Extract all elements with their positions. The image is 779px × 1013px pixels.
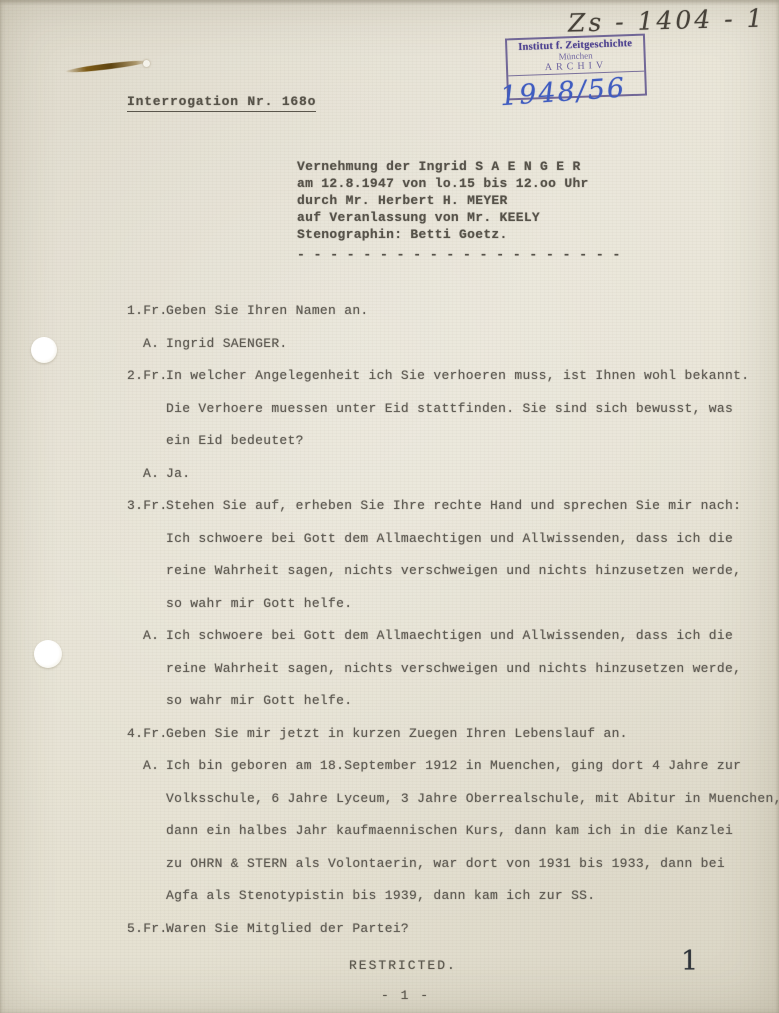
punch-hole-bottom <box>34 640 62 668</box>
qa-label: 1.Fr. <box>127 295 166 328</box>
qa-text: In welcher Angelegenheit ich Sie verhoer… <box>166 360 749 458</box>
classification-marking: RESTRICTED. <box>349 958 457 973</box>
qa-text: Geben Sie mir jetzt in kurzen Zuegen Ihr… <box>166 718 628 751</box>
qa-label: 3.Fr. <box>127 490 166 620</box>
header-separator: - - - - - - - - - - - - - - - - - - - - <box>297 246 621 263</box>
answer-1: A. Ingrid SAENGER. <box>127 328 777 361</box>
qa-text: Ich bin geboren am 18.September 1912 in … <box>166 750 779 913</box>
typed-page-number: - 1 - <box>381 988 430 1003</box>
header-stenographer-line: Stenographin: Betti Goetz. <box>297 226 621 243</box>
question-4: 4.Fr. Geben Sie mir jetzt in kurzen Zueg… <box>127 718 777 751</box>
header-interrogator-line: durch Mr. Herbert H. MEYER <box>297 192 621 209</box>
document-title: Interrogation Nr. 168o <box>127 94 316 112</box>
interrogation-header: Vernehmung der Ingrid S A E N G E R am 1… <box>297 158 621 263</box>
qa-label: 4.Fr. <box>127 718 166 751</box>
header-subject-line: Vernehmung der Ingrid S A E N G E R <box>297 158 621 175</box>
qa-text: Geben Sie Ihren Namen an. <box>166 295 369 328</box>
qa-label: 5.Fr. <box>127 913 166 946</box>
qa-label: 2.Fr. <box>127 360 166 458</box>
answer-4: A. Ich bin geboren am 18.September 1912 … <box>127 750 777 913</box>
qa-label: A. <box>127 750 166 913</box>
question-5: 5.Fr. Waren Sie Mitglied der Partei? <box>127 913 777 946</box>
rust-stain <box>66 59 148 75</box>
paper-speck <box>143 60 150 67</box>
qa-label: A. <box>127 620 166 718</box>
qa-label: A. <box>127 328 166 361</box>
stamped-page-number: 1 <box>681 946 698 977</box>
question-1: 1.Fr. Geben Sie Ihren Namen an. <box>127 295 777 328</box>
question-2: 2.Fr. In welcher Angelegenheit ich Sie v… <box>127 360 777 458</box>
punch-hole-top <box>31 337 57 363</box>
qa-text: Ja. <box>166 458 190 491</box>
qa-text: Ingrid SAENGER. <box>166 328 288 361</box>
answer-3: A. Ich schwoere bei Gott dem Allmaechtig… <box>127 620 777 718</box>
answer-2: A. Ja. <box>127 458 777 491</box>
qa-text: Waren Sie Mitglied der Partei? <box>166 913 409 946</box>
qa-text: Stehen Sie auf, erheben Sie Ihre rechte … <box>166 490 741 620</box>
qa-label: A. <box>127 458 166 491</box>
qa-text: Ich schwoere bei Gott dem Allmaechtigen … <box>166 620 741 718</box>
header-authority-line: auf Veranlassung von Mr. KEELY <box>297 209 621 226</box>
question-3: 3.Fr. Stehen Sie auf, erheben Sie Ihre r… <box>127 490 777 620</box>
header-date-line: am 12.8.1947 von lo.15 bis 12.oo Uhr <box>297 175 621 192</box>
qa-transcript: 1.Fr. Geben Sie Ihren Namen an. A. Ingri… <box>127 295 777 945</box>
archive-reference-handwritten: Zs - 1404 - 1 <box>568 3 769 37</box>
archive-stamp-text: Institut f. Zeitgeschichte München ARCHI… <box>507 36 644 77</box>
